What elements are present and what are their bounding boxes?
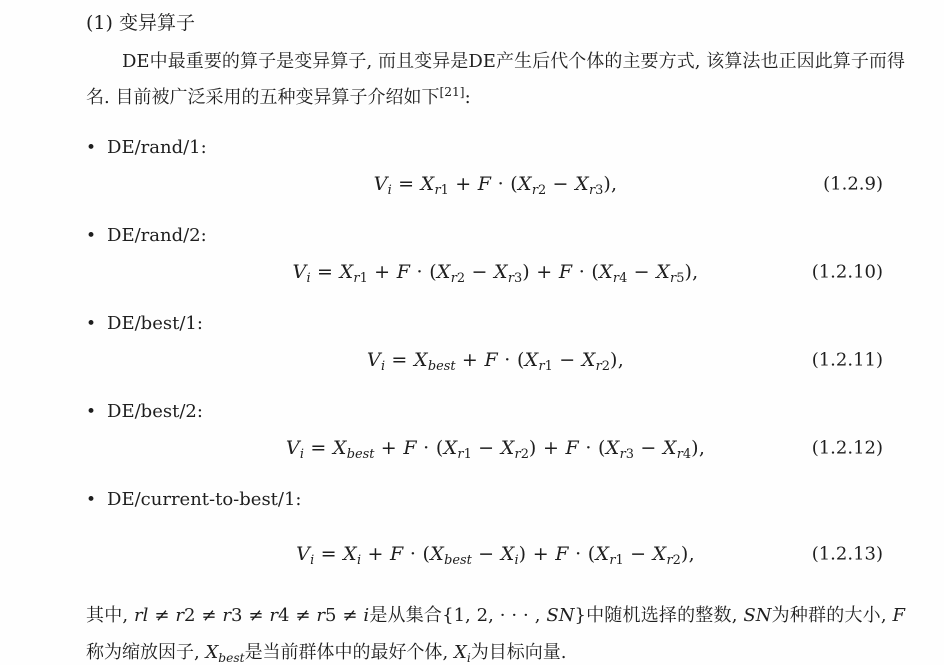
equation: Vi = Xbest + F · (Xr1 − Xr2), [367, 349, 624, 371]
equation: Vi = Xbest + F · (Xr1 − Xr2) + F · (Xr3 … [286, 437, 705, 459]
bullet-icon: • [86, 135, 96, 161]
equation-row: Vi = Xi + F · (Xbest − Xi) + F · (Xr1 − … [86, 537, 905, 571]
operator-label: DE/best/1: [107, 311, 203, 337]
equation-number: (1.2.9) [823, 174, 883, 195]
operator-item: • DE/best/1: [86, 311, 905, 337]
intro-paragraph: DE中最重要的算子是变异算子, 而且变异是DE产生后代个体的主要方式, 该算法也… [86, 44, 905, 117]
bullet-icon: • [86, 311, 96, 337]
equation-row: Vi = Xbest + F · (Xr1 − Xr2) + F · (Xr3 … [86, 431, 905, 465]
equation-row: Vi = Xbest + F · (Xr1 − Xr2), (1.2.11) [86, 343, 905, 377]
equation-number: (1.2.10) [812, 262, 883, 283]
bullet-icon: • [86, 223, 96, 249]
document-page: (1) 变异算子 DE中最重要的算子是变异算子, 而且变异是DE产生后代个体的主… [0, 0, 944, 665]
operator-label: DE/rand/2: [107, 223, 207, 249]
section-heading: (1) 变异算子 [86, 8, 905, 38]
operator-item: • DE/rand/1: [86, 135, 905, 161]
operator-label: DE/rand/1: [107, 135, 207, 161]
operator-item: • DE/best/2: [86, 399, 905, 425]
equation-number: (1.2.12) [812, 438, 883, 459]
operator-label: DE/current-to-best/1: [107, 487, 301, 513]
bullet-icon: • [86, 487, 96, 513]
equation: Vi = Xr1 + F · (Xr2 − Xr3), [374, 173, 618, 195]
page-content: (1) 变异算子 DE中最重要的算子是变异算子, 而且变异是DE产生后代个体的主… [0, 0, 944, 665]
equation: Vi = Xr1 + F · (Xr2 − Xr3) + F · (Xr4 − … [292, 261, 698, 283]
operator-item: • DE/current-to-best/1: [86, 487, 905, 513]
operator-item: • DE/rand/2: [86, 223, 905, 249]
equation: Vi = Xi + F · (Xbest − Xi) + F · (Xr1 − … [296, 543, 695, 565]
equation-row: Vi = Xr1 + F · (Xr2 − Xr3) + F · (Xr4 − … [86, 255, 905, 289]
equation-number: (1.2.13) [812, 544, 883, 565]
operator-list: • DE/rand/1: Vi = Xr1 + F · (Xr2 − Xr3),… [86, 135, 905, 571]
bullet-icon: • [86, 399, 96, 425]
operator-label: DE/best/2: [107, 399, 203, 425]
closing-paragraph: 其中, rl ≠ r2 ≠ r3 ≠ r4 ≠ r5 ≠ i是从集合{1, 2,… [86, 597, 905, 665]
equation-number: (1.2.11) [812, 350, 883, 371]
equation-row: Vi = Xr1 + F · (Xr2 − Xr3), (1.2.9) [86, 167, 905, 201]
